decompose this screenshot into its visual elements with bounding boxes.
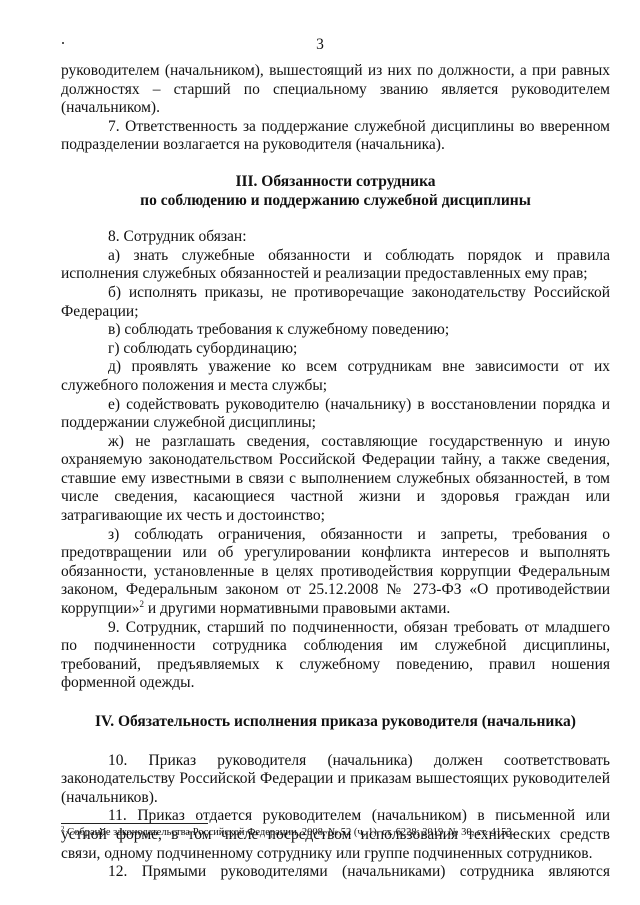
paragraph-7: 7. Ответственность за поддержание служеб… bbox=[61, 118, 610, 155]
document-page: 3 руководителем (начальником), вышестоящ… bbox=[0, 0, 640, 905]
item-g: г) соблюдать субординацию; bbox=[61, 340, 610, 359]
paragraph-9: 9. Сотрудник, старший по подчиненности, … bbox=[61, 619, 610, 693]
section-4-title: IV. Обязательность исполнения приказа ру… bbox=[61, 713, 610, 732]
footnote: 2 Собрание законодательства Российской Ф… bbox=[61, 826, 621, 839]
item-b: б) исполнять приказы, не противоречащие … bbox=[61, 284, 610, 321]
paragraph-10: 10. Приказ руководителя (начальника) дол… bbox=[61, 752, 610, 808]
footnote-text: Собрание законодательства Российской Фед… bbox=[65, 827, 515, 838]
item-zh: ж) не разглашать сведения, составляющие … bbox=[61, 433, 610, 526]
document-body: руководителем (начальником), вышестоящий… bbox=[61, 62, 610, 882]
page-number: 3 bbox=[0, 36, 640, 54]
paragraph-continuation: руководителем (начальником), вышестоящий… bbox=[61, 62, 610, 118]
section-3-title-line1: III. Обязанности сотрудника bbox=[61, 173, 610, 192]
item-z-text-end: и другими нормативными правовыми актами. bbox=[144, 600, 450, 617]
item-e: е) содействовать руководителю (начальник… bbox=[61, 396, 610, 433]
item-v: в) соблюдать требования к служебному пов… bbox=[61, 321, 610, 340]
item-d: д) проявлять уважение ко всем сотрудника… bbox=[61, 358, 610, 395]
paragraph-12: 12. Прямыми руководителями (начальниками… bbox=[61, 863, 610, 882]
section-3-title-line2: по соблюдению и поддержанию служебной ди… bbox=[61, 192, 610, 211]
footnote-separator bbox=[61, 823, 208, 824]
item-a: а) знать служебные обязанности и соблюда… bbox=[61, 247, 610, 284]
paragraph-8-intro: 8. Сотрудник обязан: bbox=[61, 228, 610, 247]
item-z: з) соблюдать ограничения, обязанности и … bbox=[61, 526, 610, 619]
